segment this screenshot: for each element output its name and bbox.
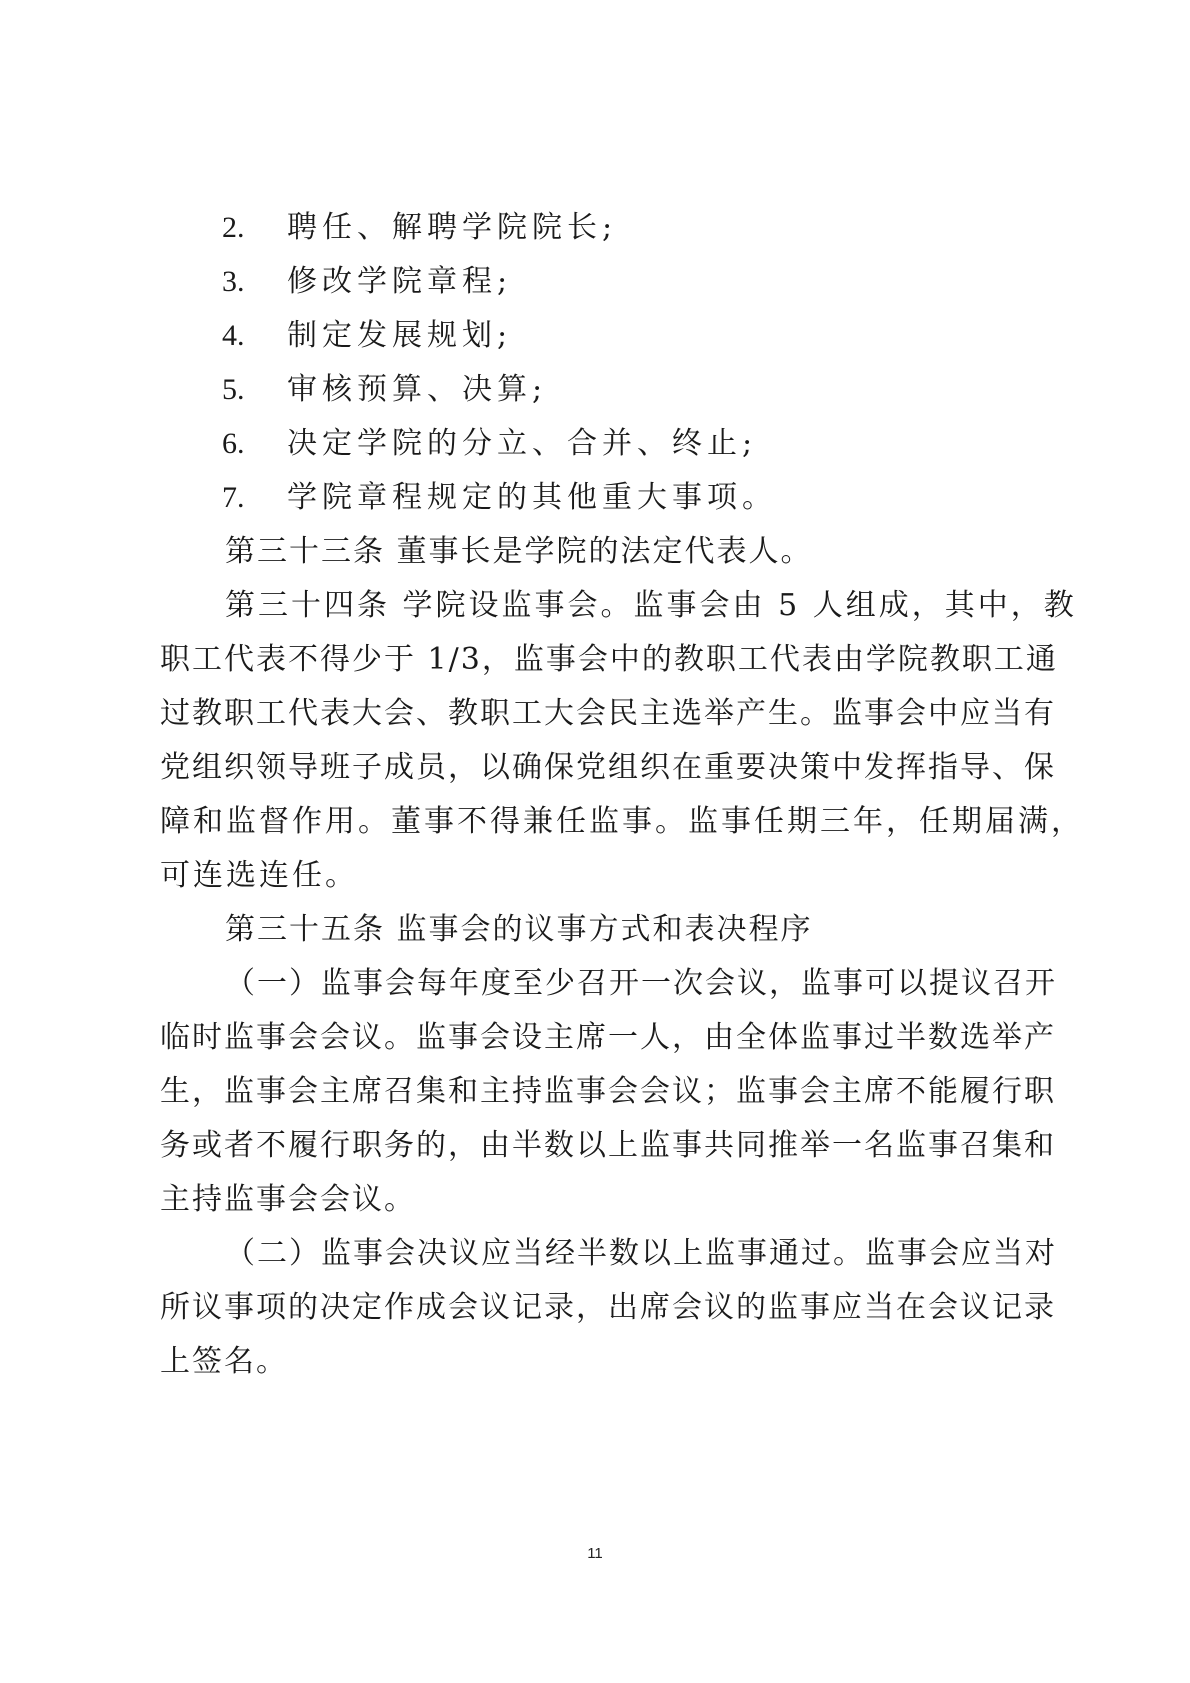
article-34-line: 职工代表不得少于 1/3，监事会中的教职工代表由学院教职工通: [160, 640, 1060, 680]
article-35-clause-1: 生，监事会主席召集和主持监事会会议；监事会主席不能履行职: [160, 1072, 1060, 1112]
article-35-heading: 第三十五条 监事会的议事方式和表决程序: [225, 910, 1125, 950]
article-33: 第三十三条 董事长是学院的法定代表人。: [225, 532, 1125, 572]
article-35-clause-2: 所议事项的决定作成会议记录，出席会议的监事应当在会议记录: [160, 1288, 1060, 1328]
article-34-line: 第三十四条 学院设监事会。监事会由 5 人组成，其中，教: [225, 586, 1125, 626]
list-item-text: 审核预算、决算;: [287, 370, 547, 410]
list-number: 5.: [222, 370, 245, 410]
article-35-clause-2: （二）监事会决议应当经半数以上监事通过。监事会应当对: [225, 1234, 1125, 1274]
list-item-text: 学院章程规定的其他重大事项。: [287, 478, 777, 518]
article-35-clause-1: 主持监事会会议。: [160, 1180, 1060, 1220]
list-number: 4.: [222, 316, 245, 356]
list-item-text: 决定学院的分立、合并、终止;: [287, 424, 757, 464]
list-item-text: 制定发展规划;: [287, 316, 512, 356]
article-34-line: 可连选连任。: [160, 856, 1060, 896]
list-item-text: 聘任、解聘学院院长;: [287, 208, 617, 248]
list-item-text: 修改学院章程;: [287, 262, 512, 302]
document-page: 2. 聘任、解聘学院院长; 3. 修改学院章程; 4. 制定发展规划; 5. 审…: [0, 0, 1190, 1683]
article-35-clause-2: 上签名。: [160, 1342, 1060, 1382]
list-number: 7.: [222, 478, 245, 518]
page-number: 11: [0, 1545, 1190, 1562]
article-35-clause-1: 临时监事会会议。监事会设主席一人，由全体监事过半数选举产: [160, 1018, 1060, 1058]
article-34-line: 障和监督作用。董事不得兼任监事。监事任期三年，任期届满，: [160, 802, 1060, 842]
list-number: 6.: [222, 424, 245, 464]
article-34-line: 党组织领导班子成员，以确保党组织在重要决策中发挥指导、保: [160, 748, 1060, 788]
article-34-line: 过教职工代表大会、教职工大会民主选举产生。监事会中应当有: [160, 694, 1060, 734]
article-35-clause-1: （一）监事会每年度至少召开一次会议，监事可以提议召开: [225, 964, 1125, 1004]
article-35-clause-1: 务或者不履行职务的，由半数以上监事共同推举一名监事召集和: [160, 1126, 1060, 1166]
list-number: 3.: [222, 262, 245, 302]
list-number: 2.: [222, 208, 245, 248]
